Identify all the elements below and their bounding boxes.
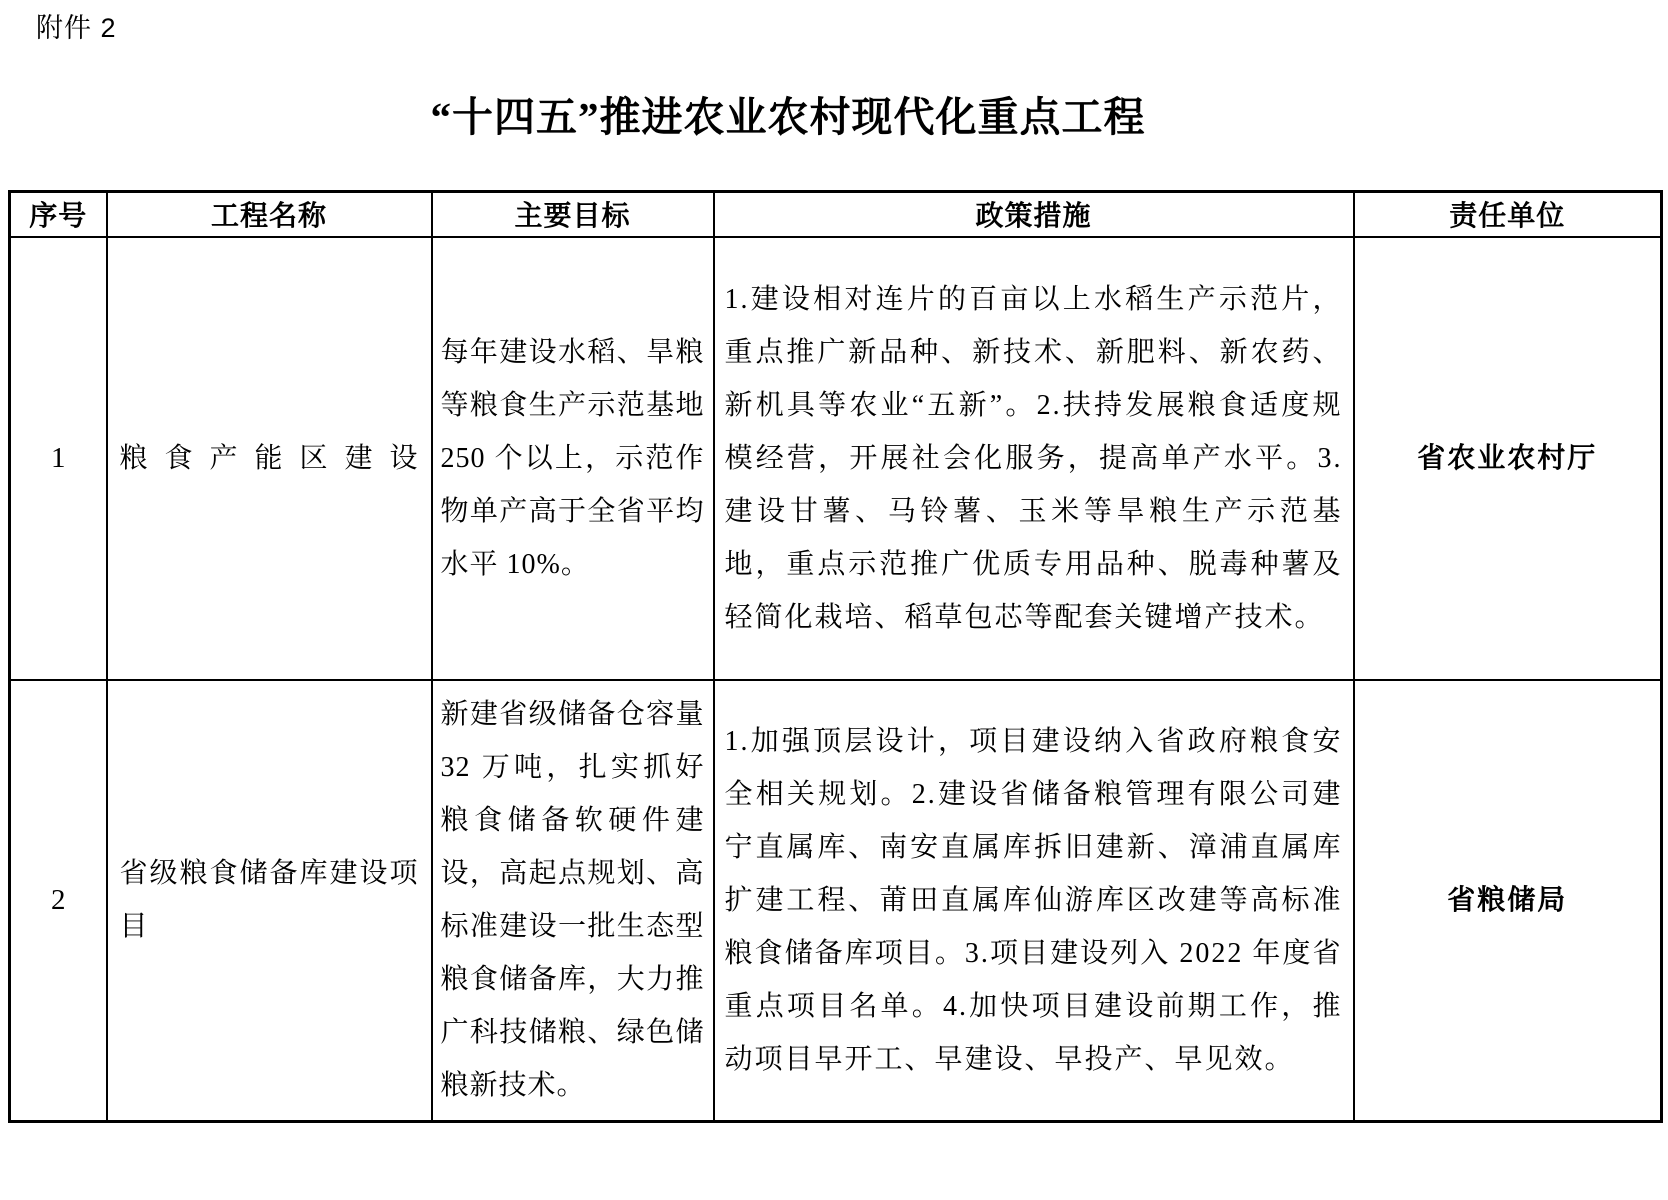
cell-main-goal: 每年建设水稻、旱粮等粮食生产示范基地 250 个以上，示范作物单产高于全省平均水… [432, 237, 714, 680]
document-page: 附件 2 “十四五”推进农业农村现代化重点工程 序号 工程名称 主要目标 政策措… [0, 0, 1668, 1200]
table-header-row: 序号 工程名称 主要目标 政策措施 责任单位 [10, 192, 1662, 237]
cell-serial-number: 1 [10, 237, 107, 680]
cell-project-name: 粮食产能区建设 [107, 237, 432, 680]
cell-project-name: 省级粮食储备库建设项目 [107, 680, 432, 1122]
cell-responsible-unit: 省农业农村厅 [1354, 237, 1662, 680]
cell-policy-measures: 1.加强顶层设计，项目建设纳入省政府粮食安全相关规划。2.建设省储备粮管理有限公… [714, 680, 1354, 1122]
attachment-label: 附件 2 [36, 6, 117, 45]
header-serial-number: 序号 [10, 192, 107, 237]
header-project-name: 工程名称 [107, 192, 432, 237]
cell-policy-measures: 1.建设相对连片的百亩以上水稻生产示范片，重点推广新品种、新技术、新肥料、新农药… [714, 237, 1354, 680]
header-policy-measures: 政策措施 [714, 192, 1354, 237]
table-row: 1 粮食产能区建设 每年建设水稻、旱粮等粮食生产示范基地 250 个以上，示范作… [10, 237, 1662, 680]
projects-table: 序号 工程名称 主要目标 政策措施 责任单位 1 粮食产能区建设 每年建设水稻、… [8, 190, 1663, 1123]
table-row: 2 省级粮食储备库建设项目 新建省级储备仓容量 32 万吨，扎实抓好粮食储备软硬… [10, 680, 1662, 1122]
header-main-goal: 主要目标 [432, 192, 714, 237]
cell-main-goal: 新建省级储备仓容量 32 万吨，扎实抓好粮食储备软硬件建设，高起点规划、高标准建… [432, 680, 714, 1122]
header-responsible-unit: 责任单位 [1354, 192, 1662, 237]
page-title: “十四五”推进农业农村现代化重点工程 [0, 84, 1576, 143]
cell-responsible-unit: 省粮储局 [1354, 680, 1662, 1122]
cell-serial-number: 2 [10, 680, 107, 1122]
